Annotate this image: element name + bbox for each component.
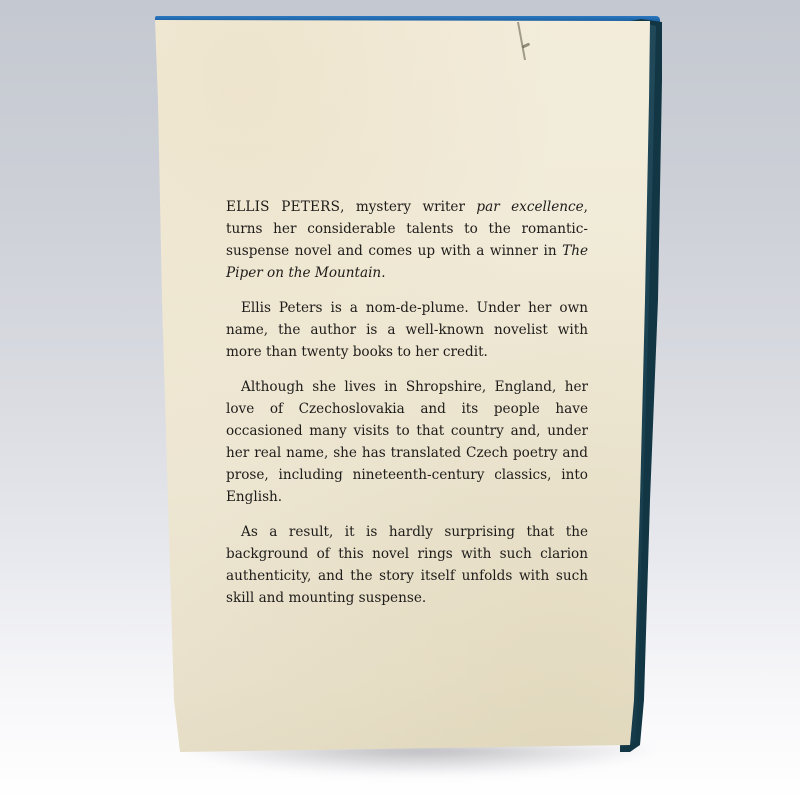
author-name: ELLIS PETERS bbox=[226, 199, 340, 215]
italic-phrase: par excellence bbox=[476, 199, 583, 215]
blurb-paragraph-3: Although she lives in Shropshire, Englan… bbox=[226, 376, 588, 508]
photo-scene: ELLIS PETERS, mystery writer par excelle… bbox=[0, 0, 800, 800]
back-cover-blurb: ELLIS PETERS, mystery writer par excelle… bbox=[226, 196, 588, 622]
blurb-paragraph-4: As a result, it is hardly surprising tha… bbox=[226, 521, 588, 609]
blurb-paragraph-1: ELLIS PETERS, mystery writer par excelle… bbox=[226, 196, 588, 284]
blurb-paragraph-2: Ellis Peters is a nom-de-plume. Under he… bbox=[226, 297, 588, 363]
